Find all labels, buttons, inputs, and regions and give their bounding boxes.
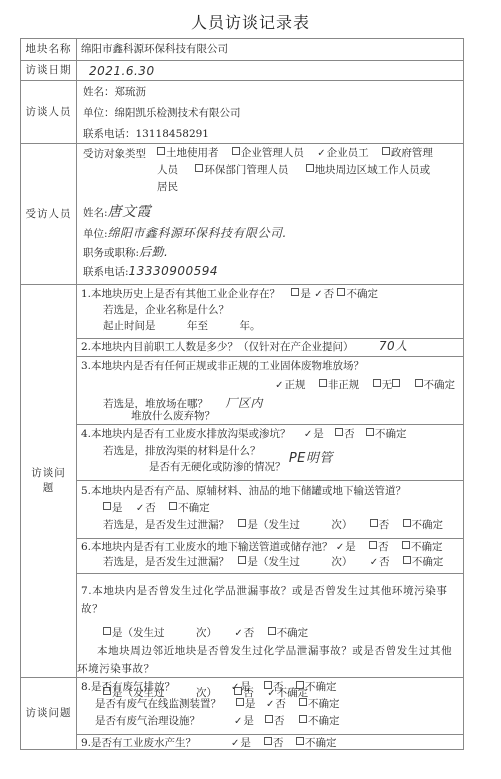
- site-row: 地块名称 绵阳市鑫科源环保科技有限公司: [21, 39, 463, 61]
- checkbox-icon: [337, 288, 345, 296]
- q5-leak-yes[interactable]: 是（发生过 次）: [238, 517, 352, 533]
- type-option-nearby-resident-cont: 居民: [157, 179, 459, 196]
- question-8-text: 8.是否有废气排放？: [81, 679, 231, 696]
- q6-leak-unsure[interactable]: 不确定: [403, 555, 444, 570]
- interviewer-label: 访谈人员: [21, 81, 77, 143]
- q1-follow-period: 起止时间是 年至 年。: [81, 318, 459, 334]
- q5-follow-leak: 若选是，是否发生过泄漏？: [103, 519, 229, 531]
- q8-treatment-unsure[interactable]: 不确定: [299, 713, 340, 730]
- q8-option-no[interactable]: 否: [264, 679, 296, 696]
- questions-label: 访谈问题: [21, 285, 77, 677]
- type-option-land-user[interactable]: 土地使用者: [157, 145, 219, 162]
- interviewer-phone-label: 联系电话：: [83, 128, 136, 140]
- checkbox-icon: [370, 519, 378, 527]
- checkbox-icon: [157, 147, 165, 155]
- question-8: 8.是否有废气排放？ ✓是 否 不确定 是否有废气在线监测装置？ 是 ✓否 不确…: [77, 678, 463, 735]
- q5-option-yes[interactable]: 是: [103, 500, 123, 517]
- checkbox-icon: [296, 681, 304, 689]
- checkbox-icon: [299, 698, 307, 706]
- interviewee-phone-label: 联系电话:: [83, 266, 129, 278]
- checkbox-icon: [264, 737, 272, 745]
- interviewer-unit[interactable]: 绵阳凯乐检测技术有限公司: [115, 107, 241, 119]
- question-1-text: 1.本地块历史上是否有其他工业企业存在？: [81, 288, 280, 300]
- questions2-row: 访谈问题 8.是否有废气排放？ ✓是 否 不确定 是否有废气在线监测装置？ 是 …: [21, 678, 463, 749]
- q8-treatment-text: 是否有废气治理设施？: [81, 713, 234, 730]
- question-2-text: 2.本地块内目前职工人数是多少？（仅针对在产企业提问）: [81, 341, 354, 353]
- q6-option-no[interactable]: 否: [369, 541, 389, 553]
- q1-option-unsure[interactable]: 不确定: [337, 288, 378, 300]
- q7-neighbor-text: 本地块周边邻近地块是否曾发生过化学品泄漏事故？或是否曾发生过其他环境污染事故？: [77, 642, 459, 678]
- question-1: 1.本地块历史上是否有其他工业企业存在？ 是 ✓否 不确定 若选是，企业名称是什…: [77, 285, 463, 339]
- q6-option-yes[interactable]: ✓是: [336, 541, 356, 553]
- interviewer-row: 访谈人员 姓名：郑琉沥 单位：绵阳凯乐检测技术有限公司 联系电话：1311845…: [21, 81, 463, 144]
- checkbox-icon: [238, 556, 246, 564]
- q3-option-none[interactable]: 无: [373, 374, 402, 396]
- checkbox-icon: [366, 428, 374, 436]
- type-option-enterprise-manager[interactable]: 企业管理人员: [232, 145, 304, 162]
- q1-option-no[interactable]: ✓否: [314, 288, 334, 300]
- checkmark-icon: ✓: [234, 625, 242, 643]
- date-label: 访谈日期: [21, 61, 77, 80]
- site-label: 地块名称: [21, 39, 77, 60]
- question-6: 6.本地块内是否有工业废水的地下输送管道或储存池？ ✓是 否 不确定 若选是，是…: [77, 539, 463, 574]
- q3-follow-location: 若选是，堆放场在哪？: [103, 398, 208, 410]
- q8-option-yes[interactable]: ✓是: [231, 679, 264, 696]
- checkbox-icon: [265, 715, 273, 723]
- q7-option-no[interactable]: ✓否: [234, 624, 254, 643]
- q7-option-unsure[interactable]: 不确定: [268, 624, 309, 642]
- checkbox-icon: [103, 502, 111, 510]
- q4-material-answer[interactable]: PE明管: [289, 451, 333, 466]
- checkbox-icon: [268, 627, 276, 635]
- interviewee-label: 受访人员: [21, 144, 77, 284]
- checkbox-icon: [306, 164, 314, 172]
- checkbox-icon: [369, 541, 377, 549]
- q3-option-informal[interactable]: 非正规: [319, 374, 360, 396]
- interviewee-unit-line: 单位:绵阳市鑫科源环保科技有限公司.: [83, 223, 459, 243]
- checkbox-icon: [415, 379, 423, 387]
- q8-monitor-no[interactable]: ✓否: [266, 696, 299, 713]
- checkmark-icon: ✓: [275, 375, 283, 397]
- question-4: 4.本地块内是否有工业废水排放沟渠或渗坑？ ✓是 否 不确定 若选是，排放沟渠的…: [77, 425, 463, 481]
- q2-answer[interactable]: 70人: [379, 339, 408, 353]
- interviewer-name-label: 姓名：: [83, 86, 115, 98]
- checkbox-icon: [238, 519, 246, 527]
- checkbox-icon: [402, 541, 410, 549]
- question-3-text: 3.本地块内是否有任何正规或非正规的工业固体废物堆放场？: [81, 358, 459, 374]
- q5-option-no[interactable]: ✓否: [136, 500, 156, 517]
- question-4-text: 4.本地块内是否有工业废水排放沟渠或渗坑？: [81, 428, 291, 440]
- q6-leak-no[interactable]: ✓否: [370, 555, 390, 570]
- q8-monitor-text: 是否有废气在线监测装置？: [81, 696, 236, 713]
- interviewee-unit-label: 单位:: [83, 228, 108, 240]
- q8-monitor-yes[interactable]: 是: [236, 696, 266, 713]
- interviewee-type-group: 受访对象类型 土地使用者 企业管理人员 ✓企业员工 政府管理 人员 环保部门管理…: [83, 145, 459, 196]
- question-3: 3.本地块内是否有任何正规或非正规的工业固体废物堆放场？ ✓正规 非正规 无 不…: [77, 357, 463, 425]
- type-option-enterprise-employee[interactable]: ✓企业员工: [317, 145, 368, 162]
- checkbox-icon: [382, 147, 390, 155]
- checkbox-icon: [319, 379, 327, 387]
- checkmark-icon: ✓: [304, 426, 312, 443]
- q9-option-unsure[interactable]: 不确定: [296, 736, 337, 751]
- interviewer-unit-line: 单位：绵阳凯乐检测技术有限公司: [83, 104, 459, 122]
- q7-option-yes[interactable]: 是（发生过 次）: [103, 624, 217, 642]
- checkmark-icon: ✓: [266, 696, 274, 713]
- question-5-text: 5.本地块内是否有产品、原辅材料、油品的地下储罐或地下输送管道？: [81, 482, 459, 500]
- q6-follow-leak: 若选是，是否发生过泄漏？: [103, 556, 229, 568]
- type-option-government-manager[interactable]: 政府管理: [382, 145, 433, 162]
- question-5: 5.本地块内是否有产品、原辅材料、油品的地下储罐或地下输送管道？ 是 ✓否 不确…: [77, 481, 463, 539]
- checkbox-icon: [232, 147, 240, 155]
- q1-option-yes[interactable]: 是: [291, 288, 311, 300]
- q8-treatment-yes[interactable]: ✓是: [234, 713, 265, 730]
- q3-location-answer[interactable]: 厂区内: [225, 396, 263, 410]
- interviewee-phone-line: 联系电话:13330900594: [83, 261, 459, 281]
- interviewer-name-line: 姓名：郑琉沥: [83, 83, 459, 101]
- q3-follow-waste: 堆放什么废弃物？: [81, 410, 459, 423]
- type-option-env-dept-manager[interactable]: 环保部门管理人员: [195, 162, 288, 179]
- q8-treatment-no[interactable]: 否: [265, 713, 299, 730]
- q6-leak-yes[interactable]: 是（发生过 次）: [238, 555, 352, 570]
- checkbox-icon: [236, 698, 244, 706]
- checkbox-icon: [195, 164, 203, 172]
- checkmark-icon: ✓: [234, 713, 242, 730]
- date-value[interactable]: 2021.6.30: [77, 61, 463, 79]
- interviewer-unit-label: 单位：: [83, 107, 115, 119]
- q4-follow-material: 若选是，排放沟渠的材料是什么？: [81, 443, 459, 459]
- checkbox-icon: [296, 737, 304, 745]
- checkbox-icon: [291, 288, 299, 296]
- q1-follow-company: 若选是，企业名称是什么？: [81, 302, 459, 318]
- interviewee-name[interactable]: 唐文霞: [108, 204, 152, 220]
- q5-option-unsure[interactable]: 不确定: [169, 500, 210, 517]
- interviewer-phone-line: 联系电话：13118458291: [83, 125, 459, 143]
- q5-leak-no[interactable]: 否: [370, 517, 390, 533]
- interviewee-phone[interactable]: 13330900594: [129, 264, 218, 278]
- interviewee-name-line: 姓名:唐文霞: [83, 201, 459, 223]
- q6-option-unsure[interactable]: 不确定: [402, 541, 443, 553]
- interviewer-name[interactable]: 郑琉沥: [115, 86, 147, 98]
- checkbox-icon: [403, 556, 411, 564]
- date-row: 访谈日期 2021.6.30: [21, 61, 463, 81]
- q4-option-yes[interactable]: ✓是: [304, 428, 324, 440]
- q9-option-yes[interactable]: ✓是: [231, 736, 264, 751]
- checkbox-icon: [392, 379, 400, 387]
- checkbox-icon: [403, 519, 411, 527]
- question-6-text: 6.本地块内是否有工业废水的地下输送管道或储存池？: [81, 541, 333, 553]
- question-9-text: 9.是否有工业废水产生？: [81, 736, 231, 751]
- q4-follow-hardening: 是否有无硬化或防渗的情况？: [149, 461, 286, 473]
- checkbox-icon: [264, 681, 272, 689]
- checkbox-icon: [103, 627, 111, 635]
- type-option-nearby-resident[interactable]: 地块周边区域工作人员或: [306, 162, 431, 179]
- q3-option-unsure[interactable]: 不确定: [415, 374, 456, 396]
- checkmark-icon: ✓: [336, 540, 344, 555]
- checkbox-icon: [335, 428, 343, 436]
- checkbox-icon: [169, 502, 177, 510]
- interviewee-unit[interactable]: 绵阳市鑫科源环保科技有限公司.: [108, 226, 287, 240]
- q9-option-no[interactable]: 否: [264, 736, 296, 751]
- question-9: 9.是否有工业废水产生？ ✓是 否 不确定: [77, 735, 463, 753]
- interviewer-phone[interactable]: 13118458291: [136, 128, 210, 140]
- questions-row: 访谈问题 1.本地块历史上是否有其他工业企业存在？ 是 ✓否 不确定 若选是，企…: [21, 285, 463, 678]
- checkbox-icon: [373, 379, 381, 387]
- q8-monitor-unsure[interactable]: 不确定: [299, 696, 340, 713]
- checkmark-icon: ✓: [136, 500, 144, 517]
- interviewee-title-line: 职务或职称:后勤.: [83, 243, 459, 261]
- interviewee-row: 受访人员 受访对象类型 土地使用者 企业管理人员 ✓企业员工 政府管理 人员 环…: [21, 144, 463, 285]
- q3-option-formal[interactable]: ✓正规: [275, 374, 305, 397]
- checkmark-icon: ✓: [370, 555, 378, 570]
- q4-option-no[interactable]: 否: [335, 428, 355, 440]
- question-2: 2.本地块内目前职工人数是多少？（仅针对在产企业提问） 70人: [77, 339, 463, 357]
- form-title: 人员访谈记录表: [0, 10, 501, 33]
- checkmark-icon: ✓: [231, 679, 239, 696]
- checkmark-icon: ✓: [317, 145, 325, 162]
- interview-record-table: 地块名称 绵阳市鑫科源环保科技有限公司 访谈日期 2021.6.30 访谈人员 …: [20, 38, 464, 750]
- q8-option-unsure[interactable]: 不确定: [296, 679, 337, 696]
- interviewee-title-label: 职务或职称:: [83, 247, 139, 259]
- site-value[interactable]: 绵阳市鑫科源环保科技有限公司: [77, 39, 463, 57]
- interviewee-name-label: 姓名:: [83, 207, 108, 219]
- interviewee-title[interactable]: 后勤.: [139, 245, 168, 259]
- checkmark-icon: ✓: [314, 287, 322, 303]
- question-7-text: 7.本地块内是否曾发生过化学品泄漏事故？或是否曾发生过其他环境污染事故？: [81, 582, 459, 618]
- interviewee-type-label: 受访对象类型: [83, 145, 157, 196]
- checkmark-icon: ✓: [231, 736, 239, 751]
- q4-option-unsure[interactable]: 不确定: [366, 428, 407, 440]
- checkbox-icon: [299, 715, 307, 723]
- type-option-government-manager-cont: 人员: [157, 162, 178, 179]
- q5-leak-unsure[interactable]: 不确定: [403, 517, 444, 533]
- questions2-label: 访谈问题: [21, 678, 77, 749]
